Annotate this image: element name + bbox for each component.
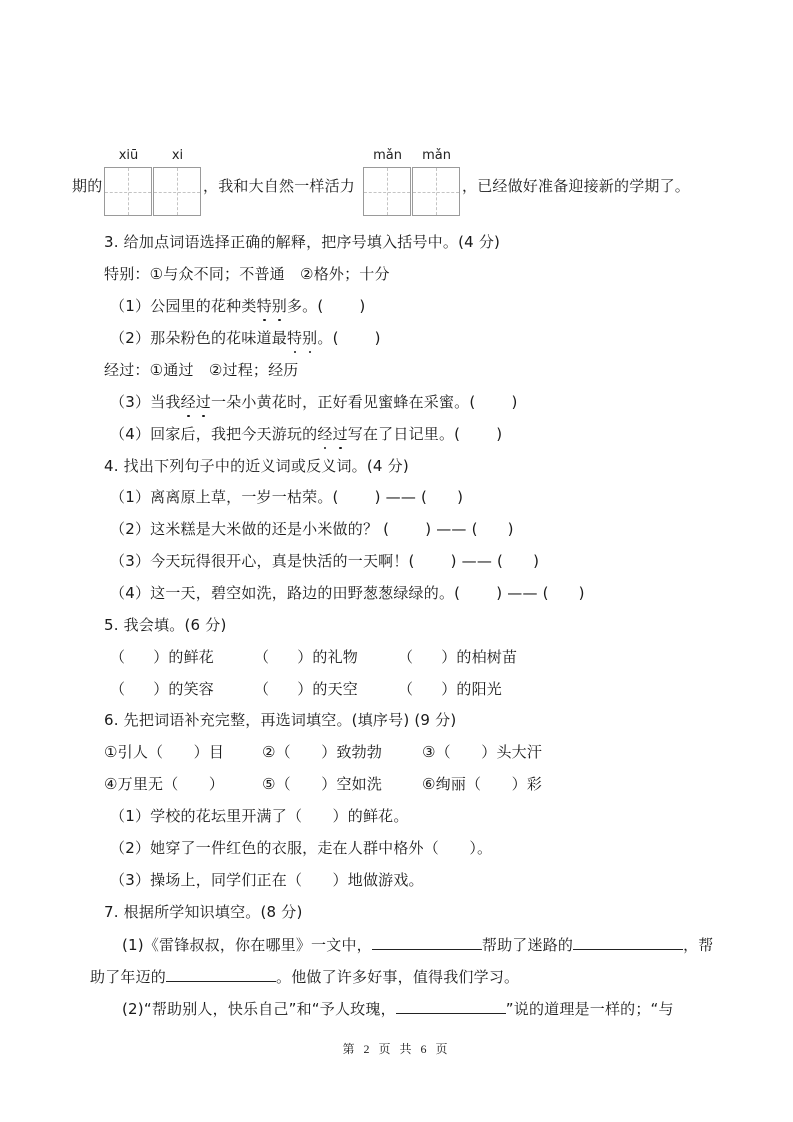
q7-title: 7. 根据所学知识填空。(8 分) [104,902,303,922]
q5-title: 5. 我会填。(6 分) [104,615,227,635]
item-number: （3） [110,393,150,411]
writing-cell[interactable] [412,167,460,216]
q3-item-1: （1）公园里的花种类特别多。() [110,296,365,316]
fill-item[interactable]: （）的柏树苗 [398,647,517,667]
paren-open: （ [254,680,269,698]
pinyin-label: xi [153,148,202,163]
q3-definition-jingguo: 经过：①通过 ②过程；经历 [104,360,299,380]
fill-item[interactable]: （）的阳光 [398,679,502,699]
item-text: 当我 [150,393,180,411]
item-number: （4） [110,425,150,443]
paren-close: ) [359,297,365,315]
fill-item-text: 的笑容 [168,680,214,698]
item-text: 离离原上草，一岁一枯荣。( [150,488,338,506]
item-number: （1） [110,488,150,506]
item-text: 她穿了一件红色的衣服，走在人群中格外（ ）。 [150,839,492,857]
fill-item-text: 的天空 [312,680,358,698]
pinyin-label: xiū [104,148,153,163]
idiom-item[interactable]: ②（ ）致勃勃 [262,742,382,762]
item-text: 这米糕是大米做的还是小米做的？ ( [150,520,389,538]
item-number: （2） [110,520,150,538]
q4-item-4: （4）这一天，碧空如洗，路边的田野葱葱绿绿的。() —— () [110,583,585,603]
item-text: 。他做了许多好事，值得我们学习。 [276,968,519,986]
item-text: 公园里的花种类 [150,297,256,315]
item-number: （4） [110,584,150,602]
q3-title: 3. 给加点词语选择正确的解释，把序号填入括号中。(4 分) [104,232,500,252]
q4-title: 4. 找出下列句子中的近义词或反义词。(4 分) [104,456,409,476]
paren-open: （ [254,648,269,666]
q6-title: 6. 先把词语补充完整，再选词填空。(填序号) (9 分) [104,710,456,730]
dash-separator: ) —— ( [425,520,477,538]
q7-item-1-line-2: 助了年迈的。他做了许多好事，值得我们学习。 [90,965,519,987]
item-text: 一朵小黄花时，正好看见蜜蜂在采蜜。( [211,393,475,411]
item-text: 那朵粉色的花味道最 [150,329,287,347]
fill-item-text: 的礼物 [312,648,358,666]
q6-item-1[interactable]: （1）学校的花坛里开满了（ ）的鲜花。 [110,806,409,826]
dash-separator: ) —— ( [496,584,548,602]
q6-item-2[interactable]: （2）她穿了一件红色的衣服，走在人群中格外（ ）。 [110,838,492,858]
answer-blank-3[interactable] [166,965,276,982]
dotted-word: 特别 [287,329,317,347]
paren-open: （ [398,648,413,666]
idiom-item[interactable]: ④万里无（ ） [104,774,224,794]
paren-open: （ [110,680,125,698]
q4-item-1: （1）离离原上草，一岁一枯荣。() —— () [110,487,463,507]
q2-middle: ，我和大自然一样活力 [203,176,355,196]
page-number: 第 2 页 共 6 页 [0,1040,793,1057]
q2-suffix: ，已经做好准备迎接新的学期了。 [462,176,690,196]
paren-close: ) [375,329,381,347]
paren-close: ） [297,648,312,666]
paren-close: ) [496,425,502,443]
paren-close: ) [579,584,585,602]
item-text: 学校的花坛里开满了（ ）的鲜花。 [150,807,408,825]
fill-item[interactable]: （）的礼物 [254,647,358,667]
fill-item[interactable]: （）的鲜花 [110,647,214,667]
item-number: (1) [122,936,144,954]
fill-item[interactable]: （）的天空 [254,679,358,699]
dash-separator: ) —— ( [451,552,503,570]
q3-item-2: （2）那朵粉色的花味道最特别。() [110,328,381,348]
paren-close: ) [511,393,517,411]
paren-close: ) [508,520,514,538]
idiom-item[interactable]: ⑥绚丽（ ）彩 [422,774,542,794]
dash-separator: ) —— ( [375,488,427,506]
paren-close: ） [441,648,456,666]
idiom-item[interactable]: ③（ ）头大汗 [422,742,542,762]
pinyin-label: mǎn [412,148,461,163]
item-text: 操场上，同学们正在（ ）地做游戏。 [150,871,424,889]
item-text: 回家后，我把今天游玩的 [150,425,317,443]
paren-close: ） [153,648,168,666]
item-text: 助了年迈的 [90,968,166,986]
paren-close: ） [297,680,312,698]
writing-cell[interactable] [104,167,152,216]
item-number: (2) [122,1000,144,1018]
q6-item-3[interactable]: （3）操场上，同学们正在（ ）地做游戏。 [110,870,424,890]
pinyin-label: mǎn [363,148,412,163]
answer-blank-4[interactable] [396,997,506,1014]
idiom-item[interactable]: ⑤（ ）空如洗 [262,774,382,794]
paren-open: （ [398,680,413,698]
writing-cell[interactable] [363,167,411,216]
q3-item-3: （3）当我经过一朵小黄花时，正好看见蜜蜂在采蜜。() [110,392,518,412]
item-text: 。( [317,329,338,347]
item-number: （2） [110,839,150,857]
q2-prefix: 期的 [72,176,102,196]
item-number: （2） [110,329,150,347]
item-text: 这一天，碧空如洗，路边的田野葱葱绿绿的。( [150,584,460,602]
item-text: 今天玩得很开心，真是快活的一天啊！( [150,552,414,570]
fill-item[interactable]: （）的笑容 [110,679,214,699]
answer-blank-1[interactable] [372,933,482,950]
item-number: （3） [110,871,150,889]
item-text: 写在了日记里。( [348,425,460,443]
fill-item-text: 的阳光 [456,680,502,698]
q7-item-1-line-1: (1)《雷锋叔叔，你在哪里》一文中，帮助了迷路的，帮 [122,933,713,955]
item-text: 帮助了迷路的 [482,936,573,954]
answer-blank-2[interactable] [573,933,683,950]
paren-close: ) [533,552,539,570]
fill-item-text: 的鲜花 [168,648,214,666]
item-text: ，帮 [683,936,713,954]
item-text: ”说的道理是一样的；“与 [506,1000,674,1018]
idiom-item[interactable]: ①引人（ ）目 [104,742,224,762]
q3-item-4: （4）回家后，我把今天游玩的经过写在了日记里。() [110,424,502,444]
paren-close: ） [153,680,168,698]
q4-item-2: （2）这米糕是大米做的还是小米做的？ () —— () [110,519,514,539]
paren-close: ） [441,680,456,698]
q4-item-3: （3）今天玩得很开心，真是快活的一天啊！() —— () [110,551,539,571]
item-number: （1） [110,297,150,315]
fill-item-text: 的柏树苗 [456,648,517,666]
item-text: 《雷锋叔叔，你在哪里》一文中， [144,936,372,954]
dotted-word: 特别 [257,297,287,315]
dotted-word: 经过 [181,393,211,411]
paren-open: （ [110,648,125,666]
item-text: 多。( [287,297,323,315]
q3-definition-tebie: 特别：①与众不同；不普通 ②格外；十分 [104,264,390,284]
item-number: （3） [110,552,150,570]
item-number: （1） [110,807,150,825]
q7-item-2: (2)“帮助别人，快乐自己”和“予人玫瑰，”说的道理是一样的；“与 [122,997,674,1019]
dotted-word: 经过 [317,425,347,443]
writing-cell[interactable] [153,167,201,216]
paren-close: ) [457,488,463,506]
item-text: “帮助别人，快乐自己”和“予人玫瑰， [144,1000,396,1018]
